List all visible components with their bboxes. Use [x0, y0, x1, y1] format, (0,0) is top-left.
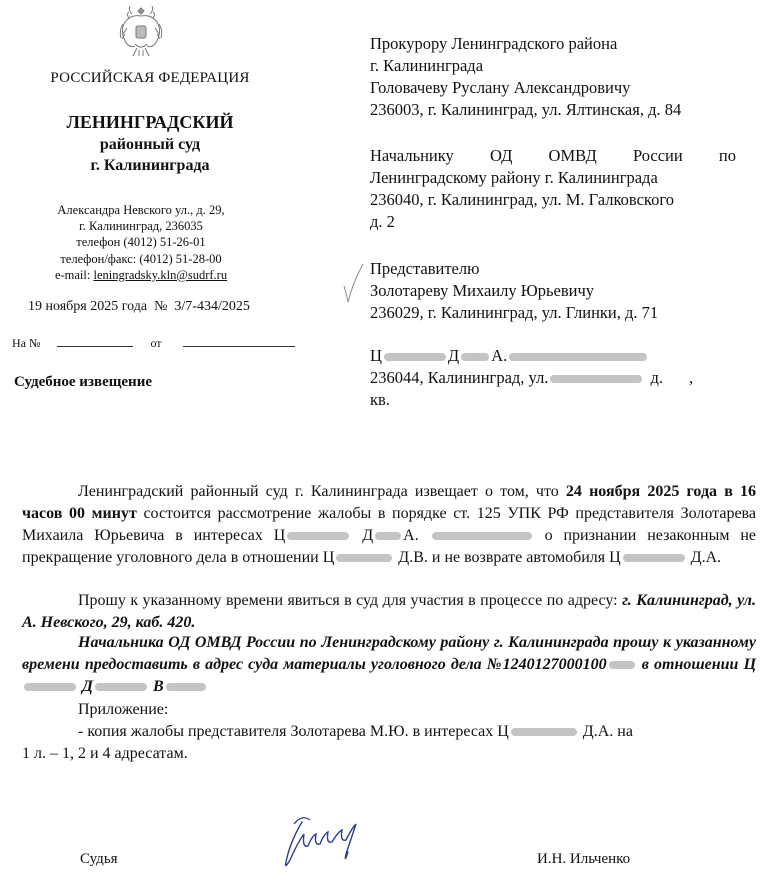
- redaction-bar: [432, 532, 532, 540]
- addressee-representative: Представителю Золотареву Михаилу Юрьевич…: [370, 258, 736, 324]
- text: Д: [82, 678, 93, 695]
- court-address-city: г. Калининград, 236035: [0, 218, 282, 234]
- redaction-bar: [287, 532, 349, 540]
- text: Прошу к указанному времени явиться в суд…: [78, 592, 622, 609]
- text: в отношении Ц: [642, 656, 756, 673]
- email-link[interactable]: leningradsky.kln@sudrf.ru: [93, 268, 227, 282]
- notice-paragraph: Ленинградский районный суд г. Калинингра…: [22, 481, 756, 569]
- redaction-bar: [550, 375, 642, 383]
- addressee-prosecutor: Прокурору Ленинградского района г. Калин…: [370, 33, 736, 121]
- addressee-line: Представителю: [370, 258, 736, 280]
- redaction-bar: [623, 554, 685, 562]
- redaction-bar: [166, 683, 206, 691]
- addressee-name-line: ЦДА.: [370, 345, 736, 367]
- addressee-redacted-person: ЦДА. 236044, Калининград, ул.д., кв.: [370, 345, 736, 411]
- name-initial: А.: [491, 346, 507, 365]
- request-paragraph: Начальника ОД ОМВД России по Ленинградск…: [22, 632, 756, 698]
- reference-date-blank: [183, 336, 295, 347]
- redaction-bar: [511, 728, 577, 736]
- reference-line: На № от: [12, 336, 295, 351]
- text: Д.А. на: [583, 723, 633, 740]
- address-text: 236044, Калининград, ул.: [370, 368, 548, 387]
- addressee-address-line: 236044, Калининград, ул.д.,: [370, 367, 736, 389]
- court-name-line2: районный суд: [0, 136, 300, 154]
- redaction-bar: [336, 554, 392, 562]
- addressee-line: 236029, г. Калининград, ул. Глинки, д. 7…: [370, 302, 736, 324]
- attachment-item: - копия жалобы представителя Золотарева …: [22, 721, 756, 743]
- text: Ленинградский районный суд г. Калинингра…: [78, 483, 566, 500]
- redaction-bar: [95, 683, 147, 691]
- addressee-line: Ленинградскому району г. Калининграда: [370, 167, 736, 189]
- address-house-label: д.: [650, 368, 663, 387]
- addressee-apt-line: кв.: [370, 389, 736, 411]
- text: А.: [403, 527, 419, 544]
- summons-paragraph: Прошу к указанному времени явиться в суд…: [22, 590, 756, 634]
- court-contacts: Александра Невского ул., д. 29, г. Калин…: [0, 202, 282, 283]
- text: В: [153, 678, 164, 695]
- word: ОМВД: [549, 145, 597, 167]
- text: Д.А.: [691, 549, 721, 566]
- document-date-number: 19 ноября 2025 года № 3/7-434/2025: [28, 299, 250, 315]
- address-comma: ,: [689, 368, 693, 387]
- court-name-line3: г. Калининграда: [0, 157, 300, 175]
- addressee-line: д. 2: [370, 211, 736, 233]
- addressee-line: Начальнику ОД ОМВД России по: [370, 145, 736, 167]
- addressee-line: 236003, г. Калининград, ул. Ялтинская, д…: [370, 99, 736, 121]
- attachments-section: Приложение: - копия жалобы представителя…: [22, 699, 756, 765]
- court-fax: телефон/факс: (4012) 51-28-00: [0, 251, 282, 267]
- addressee-line: Прокурору Ленинградского района: [370, 33, 736, 55]
- reference-number-blank: [57, 336, 133, 347]
- signature-icon: [280, 812, 400, 872]
- addressee-line: г. Калининграда: [370, 55, 736, 77]
- redaction-bar: [461, 353, 489, 361]
- redaction-bar: [609, 661, 635, 669]
- check-mark-icon: [342, 262, 364, 304]
- number-sign: №: [154, 299, 167, 314]
- reference-from-label: от: [150, 336, 161, 350]
- court-email-row: e-mail: leningradsky.kln@sudrf.ru: [0, 267, 282, 283]
- redaction-bar: [509, 353, 647, 361]
- judge-label: Судья: [80, 851, 118, 868]
- addressee-line: 236040, г. Калининград, ул. М. Галковско…: [370, 189, 736, 211]
- court-address-street: Александра Невского ул., д. 29,: [0, 202, 282, 218]
- attachment-item-continued: 1 л. – 1, 2 и 4 адресатам.: [22, 743, 756, 765]
- text: Д: [362, 527, 373, 544]
- document-number: 3/7-434/2025: [174, 299, 249, 314]
- word: Начальнику: [370, 145, 454, 167]
- redaction-bar: [384, 353, 446, 361]
- text: - копия жалобы представителя Золотарева …: [78, 723, 509, 740]
- name-initial: Ц: [370, 346, 382, 365]
- name-initial: Д: [448, 346, 459, 365]
- country-name: РОССИЙСКАЯ ФЕДЕРАЦИЯ: [0, 70, 300, 87]
- reference-label: На №: [12, 336, 40, 350]
- court-name-line1: ЛЕНИНГРАДСКИЙ: [0, 112, 300, 133]
- addressee-police-head: Начальнику ОД ОМВД России по Ленинградск…: [370, 145, 736, 233]
- word: России: [633, 145, 683, 167]
- word: по: [719, 145, 736, 167]
- attachments-label: Приложение:: [22, 699, 756, 721]
- redaction-bar: [24, 683, 76, 691]
- judge-name: И.Н. Ильченко: [537, 851, 630, 868]
- word: ОД: [490, 145, 512, 167]
- addressee-line: Золотареву Михаилу Юрьевичу: [370, 280, 736, 302]
- email-label: e-mail:: [55, 268, 94, 282]
- redaction-bar: [375, 532, 401, 540]
- document-date: 19 ноября 2025 года: [28, 299, 147, 314]
- court-phone: телефон (4012) 51-26-01: [0, 234, 282, 250]
- document-title: Судебное извещение: [14, 374, 152, 391]
- coat-of-arms-icon: [115, 4, 167, 60]
- text: Д.В. и не возврате автомобиля Ц: [398, 549, 620, 566]
- addressee-line: Головачеву Руслану Александровичу: [370, 77, 736, 99]
